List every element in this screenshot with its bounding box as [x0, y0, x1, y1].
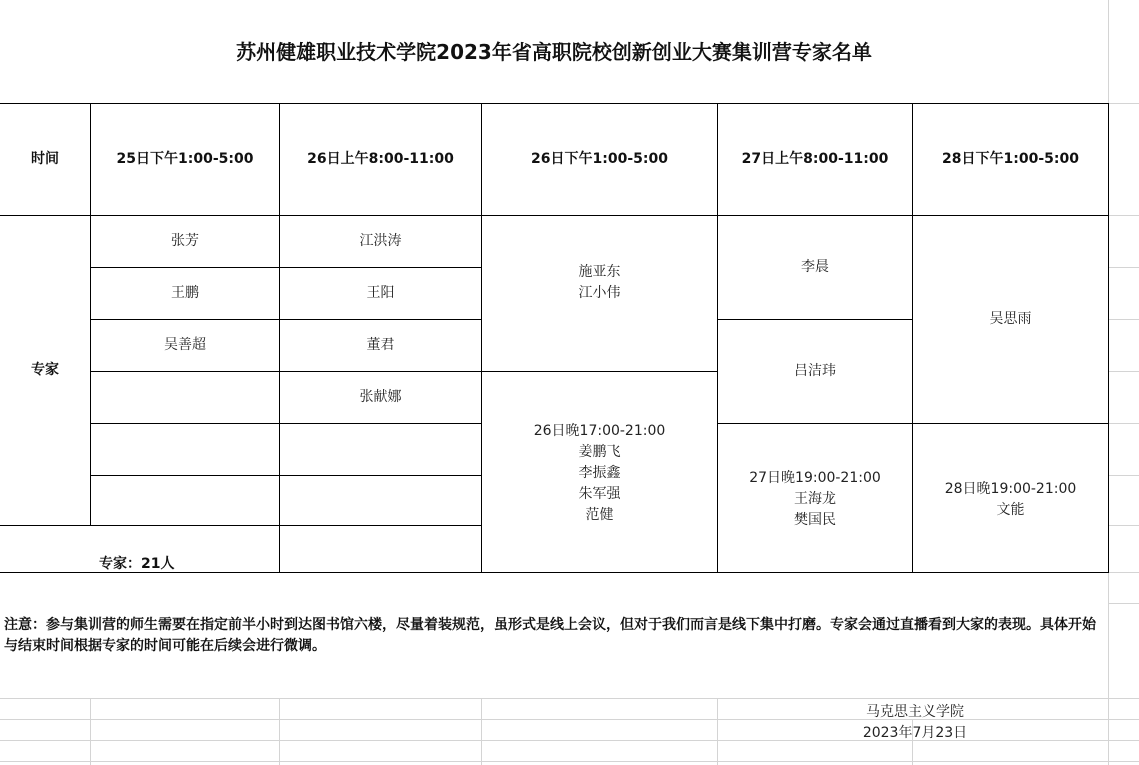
gridline: [1108, 475, 1139, 476]
expert-cell[interactable]: 吕洁玮: [717, 319, 913, 424]
gridline: [1108, 603, 1139, 604]
expert-name: 张献娜: [360, 387, 402, 408]
expert-name: 施亚东: [579, 262, 621, 283]
gridline: [1108, 423, 1139, 424]
expert-cell-26-evening[interactable]: 26日晚17:00-21:00 姜鹏飞 李振鑫 朱军强 范健: [481, 371, 718, 573]
notice-text: 注意：参与集训营的师生需要在指定前半小时到达图书馆六楼，尽量着装规范，虽形式是线…: [4, 615, 1104, 657]
expert-name: 李振鑫: [579, 463, 621, 484]
signature-date: 2023年7月23日: [820, 722, 1010, 742]
gridline: [717, 698, 718, 765]
gridline: [90, 698, 91, 765]
header-col-text: 26日下午1:00-5:00: [531, 149, 668, 170]
expert-cell[interactable]: 江洪涛: [279, 215, 482, 268]
expert-name: 姜鹏飞: [579, 442, 621, 463]
session-time: 27日晚19:00-21:00: [749, 468, 881, 489]
expert-name: 江洪涛: [360, 231, 402, 252]
gridline: [0, 698, 1139, 699]
expert-name: 樊国民: [794, 510, 836, 531]
gridline: [1108, 215, 1139, 216]
session-time: 28日晚19:00-21:00: [945, 479, 1077, 500]
expert-cell-empty[interactable]: [90, 475, 280, 526]
expert-name: 张芳: [171, 231, 199, 252]
expert-cell-27-evening[interactable]: 27日晚19:00-21:00 王海龙 樊国民: [717, 423, 913, 573]
expert-cell-26-afternoon[interactable]: 施亚东 江小伟: [481, 215, 718, 372]
header-col-26-am[interactable]: 26日上午8:00-11:00: [279, 103, 482, 216]
expert-name: 吕洁玮: [794, 361, 836, 382]
gridline: [481, 698, 482, 765]
expert-cell[interactable]: 李晨: [717, 215, 913, 320]
total-experts-label: 专家：21人: [99, 553, 174, 573]
expert-cell[interactable]: 王鹏: [90, 267, 280, 320]
expert-name: 吴思雨: [990, 309, 1032, 330]
header-col-25-pm[interactable]: 25日下午1:00-5:00: [90, 103, 280, 216]
expert-name: 朱军强: [579, 484, 621, 505]
expert-cell[interactable]: 吴思雨: [912, 215, 1109, 424]
gridline: [1108, 371, 1139, 372]
expert-name: 李晨: [801, 257, 829, 278]
gridline: [0, 761, 1139, 762]
gridline: [1108, 319, 1139, 320]
expert-cell[interactable]: 吴善超: [90, 319, 280, 372]
expert-cell-empty[interactable]: [279, 475, 482, 526]
expert-cell[interactable]: 张献娜: [279, 371, 482, 424]
expert-cell[interactable]: 王阳: [279, 267, 482, 320]
header-col-text: 25日下午1:00-5:00: [117, 149, 254, 170]
header-time-text: 时间: [31, 149, 59, 170]
expert-name: 王海龙: [794, 489, 836, 510]
gridline: [279, 698, 280, 765]
expert-name: 董君: [367, 335, 395, 356]
document-title: 苏州健雄职业技术学院2023年省高职院校创新创业大赛集训营专家名单: [0, 36, 1108, 65]
gridline: [1108, 572, 1139, 573]
expert-cell-empty[interactable]: [279, 423, 482, 476]
gridline: [1108, 525, 1139, 526]
header-time-label[interactable]: 时间: [0, 103, 91, 216]
total-cell-empty[interactable]: [279, 525, 482, 573]
header-col-27-am[interactable]: 27日上午8:00-11:00: [717, 103, 913, 216]
header-col-26-pm[interactable]: 26日下午1:00-5:00: [481, 103, 718, 216]
session-time: 26日晚17:00-21:00: [534, 421, 666, 442]
header-col-text: 28日下午1:00-5:00: [942, 149, 1079, 170]
gridline: [1108, 267, 1139, 268]
experts-row-label[interactable]: 专家: [0, 215, 91, 526]
experts-label-text: 专家: [31, 360, 59, 381]
expert-name: 文能: [997, 500, 1025, 521]
expert-name: 吴善超: [164, 335, 206, 356]
expert-cell-empty[interactable]: [90, 423, 280, 476]
expert-name: 王阳: [367, 283, 395, 304]
header-col-28-pm[interactable]: 28日下午1:00-5:00: [912, 103, 1109, 216]
gridline: [1108, 103, 1139, 104]
expert-name: 范健: [586, 505, 614, 526]
expert-cell-empty[interactable]: [90, 371, 280, 424]
expert-name: 王鹏: [171, 283, 199, 304]
header-col-text: 27日上午8:00-11:00: [742, 149, 889, 170]
signature-org: 马克思主义学院: [820, 701, 1010, 721]
expert-cell[interactable]: 董君: [279, 319, 482, 372]
expert-name: 江小伟: [579, 283, 621, 304]
expert-cell[interactable]: 张芳: [90, 215, 280, 268]
expert-cell-28-evening[interactable]: 28日晚19:00-21:00 文能: [912, 423, 1109, 573]
header-col-text: 26日上午8:00-11:00: [307, 149, 454, 170]
